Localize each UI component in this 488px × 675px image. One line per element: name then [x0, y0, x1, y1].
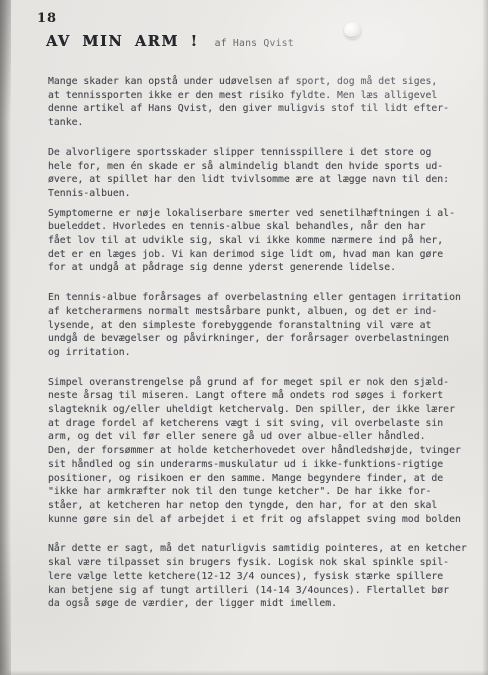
article-title: AV MIN ARM ! [46, 33, 199, 50]
paragraph-intro: Mange skader kan opstå under udøvelsen a… [48, 75, 480, 130]
page-number: 18 [37, 11, 57, 26]
paragraph-causes: En tennis-albue forårsages af overbelast… [48, 291, 480, 360]
article-body: Mange skader kan opstå under udøvelsen a… [48, 75, 480, 627]
paragraph-technique: Simpel overanstrengelse på grund af for … [48, 376, 480, 527]
paragraph-symptoms: Symptomerne er nøje lokaliserbare smerte… [48, 207, 480, 276]
scanned-page: 18 AV MIN ARM ! af Hans Qvist Mange skad… [0, 0, 488, 675]
article-header: AV MIN ARM ! af Hans Qvist [46, 33, 294, 50]
scan-edge-shadow-left [0, 0, 11, 675]
scan-edge-shadow-bottom [0, 670, 488, 675]
scan-edge-shadow-right [482, 0, 488, 675]
article-byline: af Hans Qvist [215, 38, 294, 49]
paragraph-racket-weight: Når dette er sagt, må det naturligvis sa… [48, 542, 480, 611]
tennis-ball-icon [344, 22, 361, 39]
paragraph-tennis-elbow: De alvorligere sportsskader slipper tenn… [48, 146, 480, 201]
